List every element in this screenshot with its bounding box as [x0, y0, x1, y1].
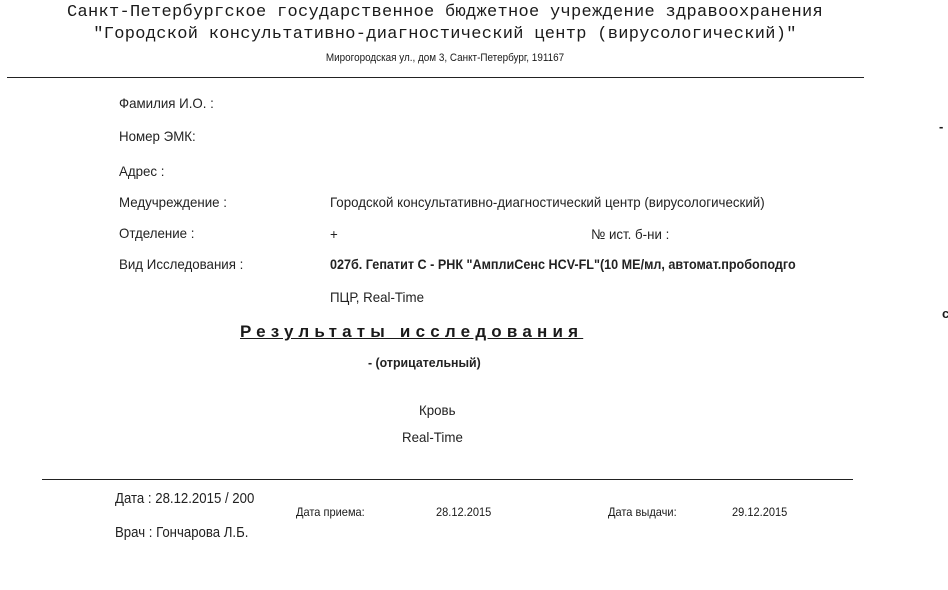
case-history-label: № ист. б-ни : — [591, 226, 669, 242]
institution-value: Городской консультативно-диагностический… — [330, 194, 765, 210]
header-institution-line: Санкт-Петербургское государственное бюдж… — [0, 3, 890, 22]
study-type-value: 027б. Гепатит С - РНК "АмплиСенс HCV-FL"… — [330, 256, 796, 272]
edge-letter-fragment: с — [942, 306, 948, 321]
address-label: Адрес : — [119, 163, 164, 179]
issue-date-label: Дата выдачи: — [608, 505, 677, 519]
results-title: Результаты исследования — [240, 322, 583, 342]
header-center-name: "Городской консультативно-диагностически… — [0, 25, 890, 44]
footer-divider — [42, 479, 853, 480]
technique-value: Real-Time — [402, 429, 463, 445]
patient-name-label: Фамилия И.О. : — [119, 95, 214, 111]
header-divider — [7, 77, 864, 78]
result-value: - (отрицательный) — [368, 355, 481, 370]
receive-date-value: 28.12.2015 — [436, 505, 491, 519]
study-method: ПЦР, Real-Time — [330, 289, 424, 305]
institution-label: Медучреждение : — [119, 194, 227, 210]
edge-dash-fragment: - — [939, 119, 943, 134]
header-address: Мирогородская ул., дом 3, Санкт-Петербур… — [45, 52, 846, 64]
receive-date-label: Дата приема: — [296, 505, 365, 519]
department-value: + — [330, 226, 338, 242]
material-value: Кровь — [419, 402, 456, 418]
issue-date-value: 29.12.2015 — [732, 505, 787, 519]
study-type-label: Вид Исследования : — [119, 256, 243, 272]
department-label: Отделение : — [119, 225, 194, 241]
date-label: Дата : 28.12.2015 / 200 — [115, 490, 254, 507]
doctor-name: Врач : Гончарова Л.Б. — [115, 524, 248, 541]
emk-number-label: Номер ЭМК: — [119, 128, 196, 144]
